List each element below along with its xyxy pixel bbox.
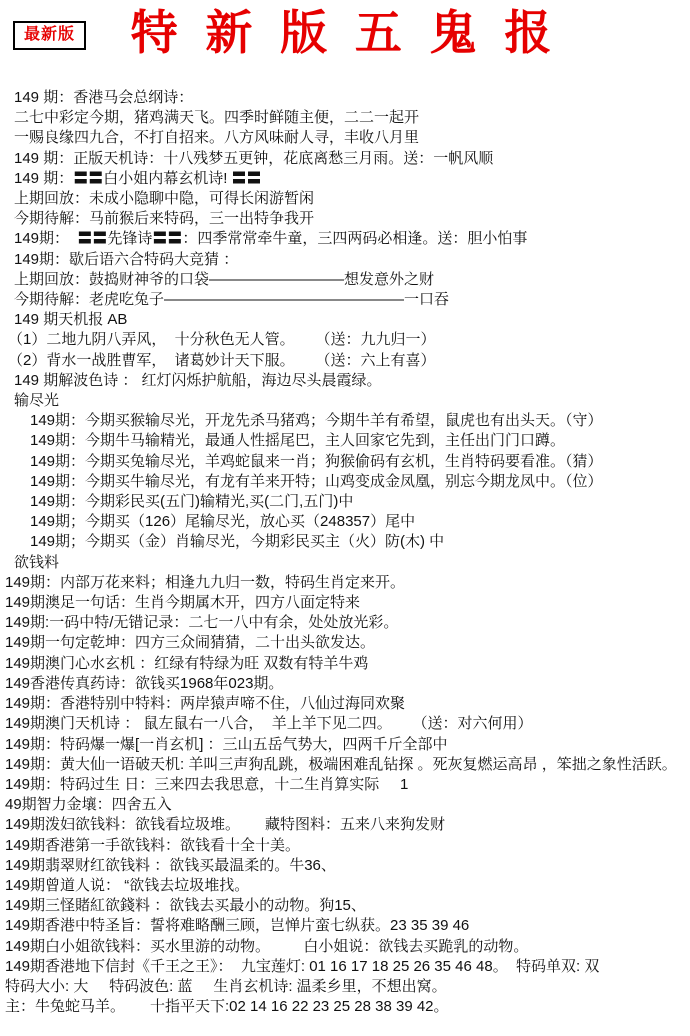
section-header-shujinguang: 输尽光 [0,391,690,411]
line-yuqianliao: 149期：黄大仙一语破天机: 羊叫三声狗乱跳，极端困难乱钻探 。死灰复燃运高昂 … [0,755,690,775]
line-yuqianliao: 149期曾道人说： “欲钱去垃圾堆找。 [0,876,690,896]
line-yuqianliao: 149期白小姐欲钱料：买水里游的动物。 白小姐说：欲钱去买跪乳的动物。 [0,937,690,957]
line-yuqianliao: 149期：特码过生 日：三来四去我思意，十二生肖算实际 1 [0,775,690,795]
line-yuqianliao: 149期澳门心水玄机 ：红绿有特绿为旺 双数有特羊牛鸡 [0,654,690,674]
line-poem: 二七中彩定今期，猪鸡满天飞。四季时鲜随主便，二二一起开 [0,108,690,128]
line-yuqianliao: 149香港传真药诗：欲钱买1968年023期。 [0,674,690,694]
line-shujinguang: 149期：今期买猴输尽光，开龙先杀马猪鸡；今期牛羊有希望，鼠虎也有出头天。（守） [0,411,690,431]
line-yuqianliao: 149期泼妇欲钱料：欲钱看垃圾堆。 藏特图料：五来八来狗发财 [0,815,690,835]
line-jiebose-poem: 149 期解波色诗 ： 红灯闪烁护航船，海边尽头晨霞绿。 [0,371,690,391]
line-yuqianliao: 149期澳门天机诗 ： 鼠左鼠右一八合， 羊上羊下见二四。 （送：对六何用） [0,714,690,734]
line-baixiaojie-header: 149 期：〓〓白小姐内幕玄机诗! 〓〓 [0,169,690,189]
line-xianfeng-poem: 149期： 〓〓先锋诗〓〓：四季常常牵牛童，三四两码必相逢。送：胆小怕事 [0,229,690,249]
line-main-picks: 主：牛兔蛇马羊。 十指平天下:02 14 16 22 23 25 28 38 3… [0,997,690,1017]
line-shujinguang: 149期：今期彩民买(五门)输精光,买(二门,五门)中 [0,492,690,512]
line-poem: 一赐良缘四九合，不打自招来。八方风味耐人寻，丰收八月里 [0,128,690,148]
line-yuqianliao: 149期澳足一句话：生肖今期属木开，四方八面定特来 [0,593,690,613]
line-tianji-poem: 149 期：正版天机诗：十八残梦五更钟，花底离愁三月雨。送：一帆风顺 [0,149,690,169]
line-shujinguang: 149期：今期牛马输精光，最通人性摇尾巴，主人回家它先到，主任出门门口蹲。 [0,431,690,451]
line-shujinguang: 149期：今期买兔输尽光，羊鸡蛇鼠来一肖；狗猴偷码有玄机，生肖特码要看准。（猜） [0,452,690,472]
line-shujinguang: 149期：今期买牛输尽光，有龙有羊来开特；山鸡变成金凤凰，别忘今期龙凤中。（位） [0,472,690,492]
page-header: 最新版 特 新 版 五 鬼 报 [0,0,690,86]
line-xiehouyu-header: 149期：歇后语六合特码大竞猜 ： [0,250,690,270]
line-tianjibao-header: 149 期天机报 AB [0,310,690,330]
line-tema-attrs: 特码大小: 大 特码波色: 蓝 生肖玄机诗: 温柔乡里，不想出窝。 [0,977,690,997]
line-yuqianliao: 149期三怪賭紅欲錢料 ：欲钱去买最小的动物。狗15、 [0,896,690,916]
line-shujinguang: 149期；今期买（金）肖输尽光，今期彩民买主（火）防(木) 中 [0,532,690,552]
content-lines: 149 期：香港马会总纲诗：二七中彩定今期，猪鸡满天飞。四季时鲜随主便，二二一起… [0,86,690,1017]
line-yuqianliao: 149期一句定乾坤：四方三众闹猜猜，二十出头欲发达。 [0,633,690,653]
line-yuqianliao: 149期香港第一手欲钱料：欲钱看十全十美。 [0,836,690,856]
line-to-solve: 今期待解：老虎吃兔子————————————————一口吞 [0,290,690,310]
document-page: 最新版 特 新 版 五 鬼 报 149 期：香港马会总纲诗：二七中彩定今期，猪鸡… [0,0,690,1036]
line-dixia-xinfeng: 149期香港地下信封《千王之王》： 九宝莲灯: 01 16 17 18 25 2… [0,957,690,977]
line-yuqianliao: 149期：特码爆一爆[一肖玄机] ：三山五岳气势大，四两千斤全部中 [0,735,690,755]
line-to-solve: 今期待解：马前猴后来特码，三一出特争我开 [0,209,690,229]
line-yuqianliao: 149期香港中特圣旨：誓将难略酬三顾，岂惮片蛮七纵获。23 35 39 46 [0,916,690,936]
line-tianjibao-1: （1）二地九阴八弄风， 十分秋色无人管。 （送：九九归一） [0,330,690,350]
line-yuqianliao: 149期翡翠财红欲钱料 ：欲钱买最温柔的。牛36、 [0,856,690,876]
page-title: 特 新 版 五 鬼 报 [0,6,690,62]
line-tianjibao-2: （2）背水一战胜曹军， 诸葛妙计天下服。 （送：六上有喜） [0,351,690,371]
line-yuqianliao: 49期智力金壤：四舍五入 [0,795,690,815]
section-header-yuqianliao: 欲钱料 [0,553,690,573]
line-shujinguang: 149期；今期买（126）尾输尽光，放心买（248357）尾中 [0,512,690,532]
line-yuqianliao: 149期:一码中特/无错记录：二七一八中有余，处处放光彩。 [0,613,690,633]
line-last-review: 上期回放：鼓捣财神爷的口袋—————————想发意外之财 [0,270,690,290]
line-zongang-header: 149 期：香港马会总纲诗： [0,88,690,108]
line-last-review: 上期回放：未成小隐聊中隐，可得长闲游暂闲 [0,189,690,209]
line-yuqianliao: 149期：香港特别中特料：两岸猿声啼不住，八仙过海同欢聚 [0,694,690,714]
line-yuqianliao: 149期：内部万花来料；相逢九九归一数，特码生肖定来开。 [0,573,690,593]
